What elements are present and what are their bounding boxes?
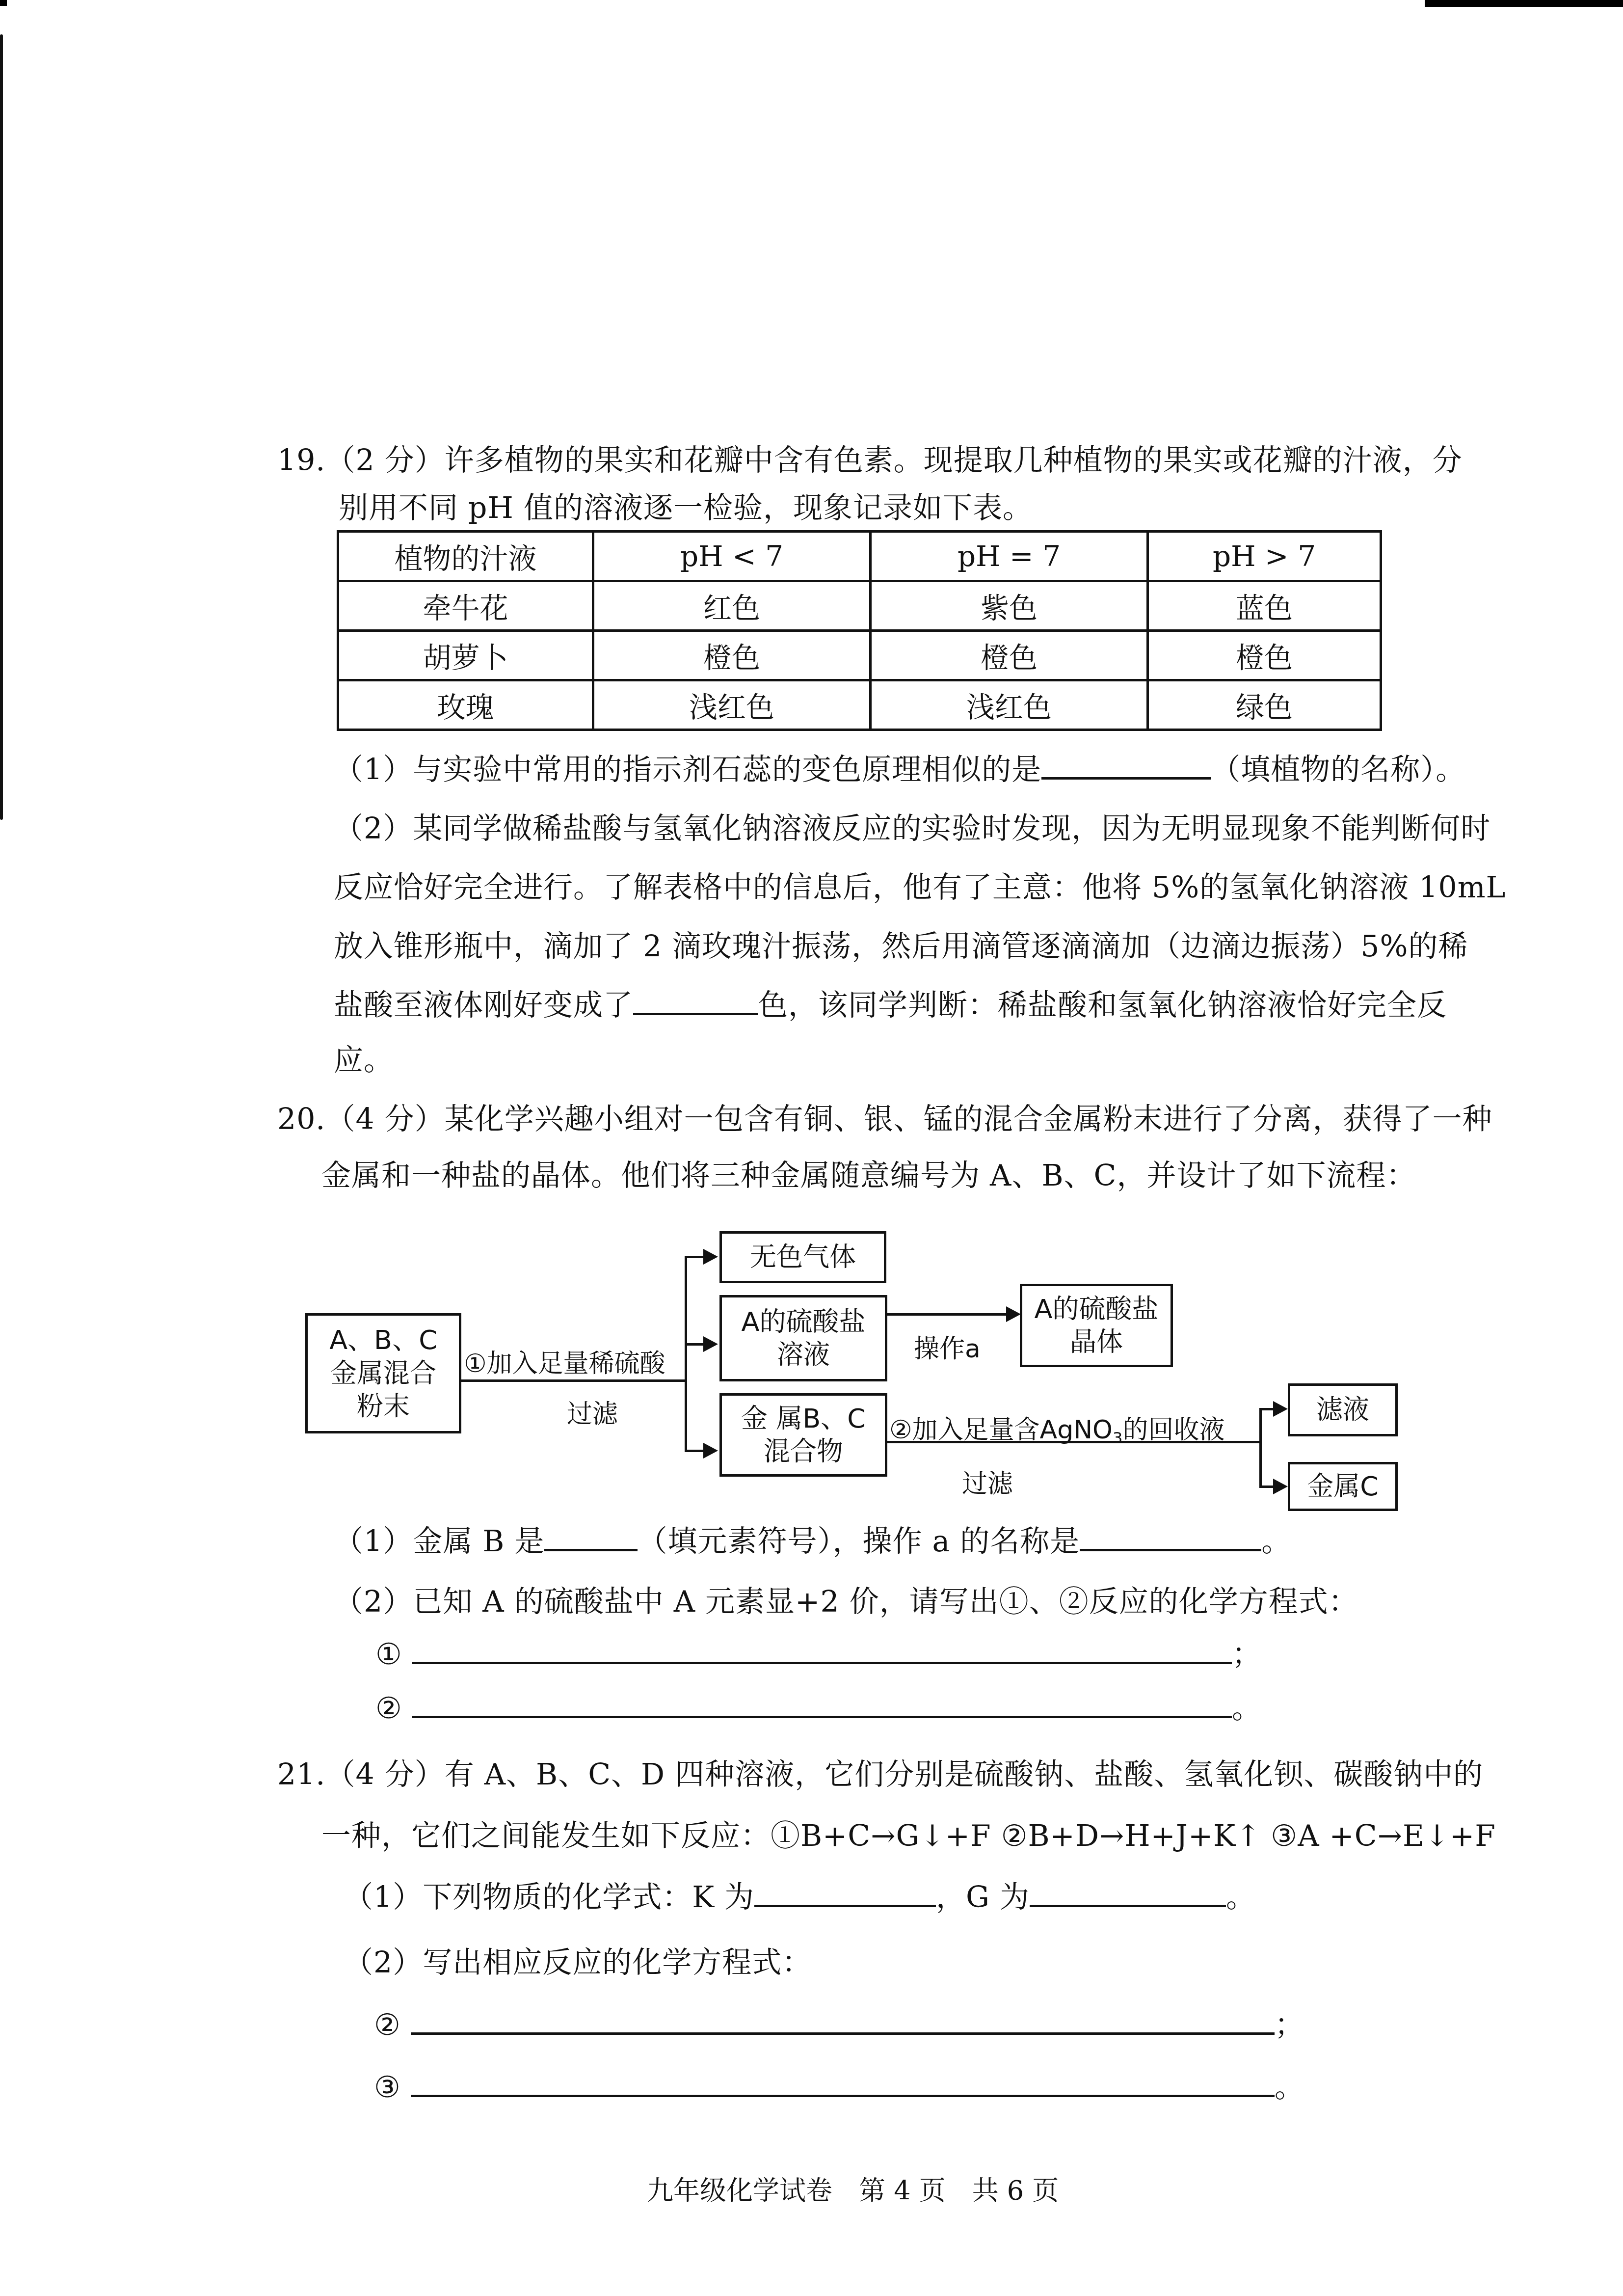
flow-connector [1259, 1408, 1274, 1410]
flow-box-filtrate: 滤液 [1288, 1383, 1398, 1436]
equation-number: ③ [374, 2070, 401, 2105]
flow-connector [685, 1256, 704, 1258]
flow-connector [685, 1256, 687, 1452]
q20-equation-1: ① ； [375, 1640, 1262, 1669]
answer-blank-operation-a[interactable] [1080, 1548, 1261, 1551]
page-footer: 九年级化学试卷 第 4 页 共 6 页 [647, 2170, 1059, 2208]
table-cell: 胡萝卜 [338, 631, 593, 680]
table-cell: 橙色 [593, 631, 871, 680]
q21-part1: （1）下列物质的化学式：K 为，G 为。 [344, 1883, 1256, 1912]
equation-number: ② [375, 1691, 402, 1726]
arrow-right-icon [703, 1443, 718, 1459]
flow-box-text: A的硫酸盐 [742, 1305, 866, 1339]
q21-part2: （2）写出相应反应的化学方程式： [344, 1948, 812, 1977]
q21-part1-prompt: （1）下列物质的化学式：K 为 [344, 1880, 754, 1915]
flow-box-text: 金 属B、C [741, 1402, 866, 1435]
flow-label-step1: ①加入足量稀硫酸 [464, 1343, 665, 1379]
q19-part2-rest: 色，该同学判断：稀盐酸和氢氧化钠溶液恰好完全反 [758, 988, 1447, 1023]
answer-blank-g-formula[interactable] [1030, 1904, 1226, 1907]
q20-equation-2: ② 。 [375, 1694, 1262, 1723]
scan-artifact-edge [0, 34, 3, 820]
q21-stem-line2: 一种，它们之间能发生如下反应：①B+C→G↓+F ②B+D→H+J+K↑ ③A … [321, 1821, 1496, 1851]
table-cell: 浅红色 [593, 680, 871, 730]
table-header-row: 植物的汁液 pH < 7 pH = 7 pH > 7 [338, 532, 1381, 581]
table-cell: 玫瑰 [338, 680, 593, 730]
answer-blank-equation-2[interactable] [412, 1715, 1232, 1718]
q21-equation-2: ② ； [374, 2010, 1304, 2040]
q19-part2-line4: 盐酸至液体刚好变成了色，该同学判断：稀盐酸和氢氧化钠溶液恰好完全反 [334, 991, 1447, 1020]
table-cell: 浅红色 [871, 680, 1148, 730]
flow-box-text: 金属混合 [329, 1357, 437, 1390]
flow-box-text: A、B、C [329, 1324, 437, 1357]
answer-blank-color[interactable] [633, 1012, 758, 1015]
flow-connector [461, 1379, 685, 1382]
scan-artifact-corner [1425, 0, 1623, 7]
q19-part2-line2: 反应恰好完全进行。了解表格中的信息后，他有了主意：他将 5%的氢氧化钠溶液 10… [334, 873, 1506, 902]
q19-part2-line5: 应。 [334, 1046, 394, 1075]
punctuation: 。 [1226, 1880, 1256, 1915]
flow-box-a-sulfate-crystal: A的硫酸盐 晶体 [1020, 1284, 1173, 1367]
table-row: 胡萝卜 橙色 橙色 橙色 [338, 631, 1381, 680]
punctuation: ； [1275, 2008, 1304, 2042]
q19-part2-prompt: 盐酸至液体刚好变成了 [334, 988, 633, 1023]
answer-blank-k-formula[interactable] [754, 1904, 936, 1907]
arrow-right-icon [1273, 1401, 1288, 1417]
arrow-right-icon [1273, 1479, 1288, 1494]
table-cell: 牵牛花 [338, 581, 593, 631]
q20-stem-line2: 金属和一种盐的晶体。他们将三种金属随意编号为 A、B、C，并设计了如下流程： [321, 1161, 1416, 1190]
flow-box-metal-bc-mixture: 金 属B、C 混合物 [719, 1393, 887, 1477]
answer-blank-plant-name[interactable] [1041, 777, 1211, 780]
flow-connector [685, 1343, 704, 1346]
answer-blank-equation-3[interactable] [411, 2094, 1275, 2097]
q21-stem-line1: 21.（4 分）有 A、B、C、D 四种溶液，它们分别是硫酸钠、盐酸、氢氧化钡、… [277, 1760, 1483, 1789]
q19-stem-line1: 19.（2 分）许多植物的果实和花瓣中含有色素。现提取几种植物的果实或花瓣的汁液… [277, 446, 1463, 475]
q21-part1-prompt2: ，G 为 [936, 1880, 1030, 1915]
flow-label-step2: ②加入足量含AgNO3的回收液 [889, 1409, 1224, 1447]
punctuation: 。 [1261, 1524, 1291, 1559]
q20-part2: （2）已知 A 的硫酸盐中 A 元素显+2 价，请写出①、②反应的化学方程式： [334, 1587, 1358, 1617]
table-cell: 橙色 [871, 631, 1148, 680]
table-cell: 橙色 [1148, 631, 1381, 680]
flow-box-colorless-gas: 无色气体 [719, 1231, 886, 1283]
table-header: pH > 7 [1148, 532, 1381, 581]
q19-part1: （1）与实验中常用的指示剂石蕊的变色原理相似的是（填植物的名称）。 [334, 755, 1465, 784]
q20-part1-prompt2: （填元素符号），操作 a 的名称是 [638, 1524, 1080, 1559]
q20-part1-prompt: （1）金属 B 是 [334, 1524, 544, 1559]
answer-blank-metal-b[interactable] [544, 1548, 638, 1551]
table-cell: 蓝色 [1148, 581, 1381, 631]
flow-label-filter2: 过滤 [962, 1463, 1013, 1500]
q19-part1-prompt: （1）与实验中常用的指示剂石蕊的变色原理相似的是 [334, 753, 1041, 787]
flow-label-filter1: 过滤 [567, 1393, 618, 1430]
flow-box-start-mixture: A、B、C 金属混合 粉末 [305, 1313, 461, 1433]
table-cell: 绿色 [1148, 680, 1381, 730]
flow-box-text: 粉末 [329, 1390, 437, 1423]
flow-connector [1259, 1408, 1262, 1488]
answer-blank-equation-2[interactable] [411, 2032, 1275, 2035]
q20-stem-line1: 20.（4 分）某化学兴趣小组对一包含有铜、银、锰的混合金属粉末进行了分离，获得… [277, 1105, 1492, 1134]
flow-box-text: 晶体 [1035, 1325, 1159, 1359]
subscript: 3 [1113, 1429, 1122, 1447]
arrow-right-icon [703, 1249, 718, 1265]
flow-label-text: 的回收液 [1122, 1415, 1224, 1445]
equation-number: ② [374, 2008, 401, 2042]
flow-box-text: 溶液 [742, 1338, 866, 1372]
punctuation: 。 [1275, 2070, 1304, 2105]
table-cell: 红色 [593, 581, 871, 631]
q19-stem-line2: 别用不同 pH 值的溶液逐一检验，现象记录如下表。 [339, 493, 1033, 523]
flow-connector [887, 1313, 1015, 1316]
q21-equation-3: ③ 。 [374, 2073, 1304, 2102]
flow-box-text: 混合物 [741, 1435, 866, 1468]
flow-box-metal-c: 金属C [1288, 1462, 1398, 1511]
flow-box-a-sulfate-solution: A的硫酸盐 溶液 [719, 1295, 887, 1381]
ph-indicator-table: 植物的汁液 pH < 7 pH = 7 pH > 7 牵牛花 红色 紫色 蓝色 … [337, 530, 1382, 731]
table-cell: 紫色 [871, 581, 1148, 631]
arrow-right-icon [703, 1336, 718, 1352]
table-header: 植物的汁液 [338, 532, 593, 581]
table-header: pH = 7 [871, 532, 1148, 581]
flow-label-operation-a: 操作a [914, 1328, 981, 1365]
flow-connector [1259, 1486, 1274, 1488]
punctuation: 。 [1232, 1691, 1262, 1726]
equation-number: ① [375, 1637, 402, 1672]
flow-box-text: A的硫酸盐 [1035, 1293, 1159, 1326]
punctuation: ； [1232, 1637, 1262, 1672]
table-row: 牵牛花 红色 紫色 蓝色 [338, 581, 1381, 631]
flow-connector [685, 1450, 704, 1452]
q20-part1: （1）金属 B 是（填元素符号），操作 a 的名称是。 [334, 1527, 1291, 1556]
arrow-right-icon [1006, 1306, 1021, 1322]
q19-part1-hint: （填植物的名称）。 [1211, 753, 1465, 787]
q19-part2-line3: 放入锥形瓶中，滴加了 2 滴玫瑰汁振荡，然后用滴管逐滴滴加（边滴边振荡）5%的稀 [334, 932, 1468, 961]
flow-label-text: ②加入足量含AgNO [889, 1415, 1113, 1445]
q19-part2-line1: （2）某同学做稀盐酸与氢氧化钠溶液反应的实验时发现，因为无明显现象不能判断何时 [334, 814, 1490, 843]
table-header: pH < 7 [593, 532, 871, 581]
answer-blank-equation-1[interactable] [412, 1661, 1232, 1664]
scan-artifact-corner [0, 0, 7, 6]
table-row: 玫瑰 浅红色 浅红色 绿色 [338, 680, 1381, 730]
